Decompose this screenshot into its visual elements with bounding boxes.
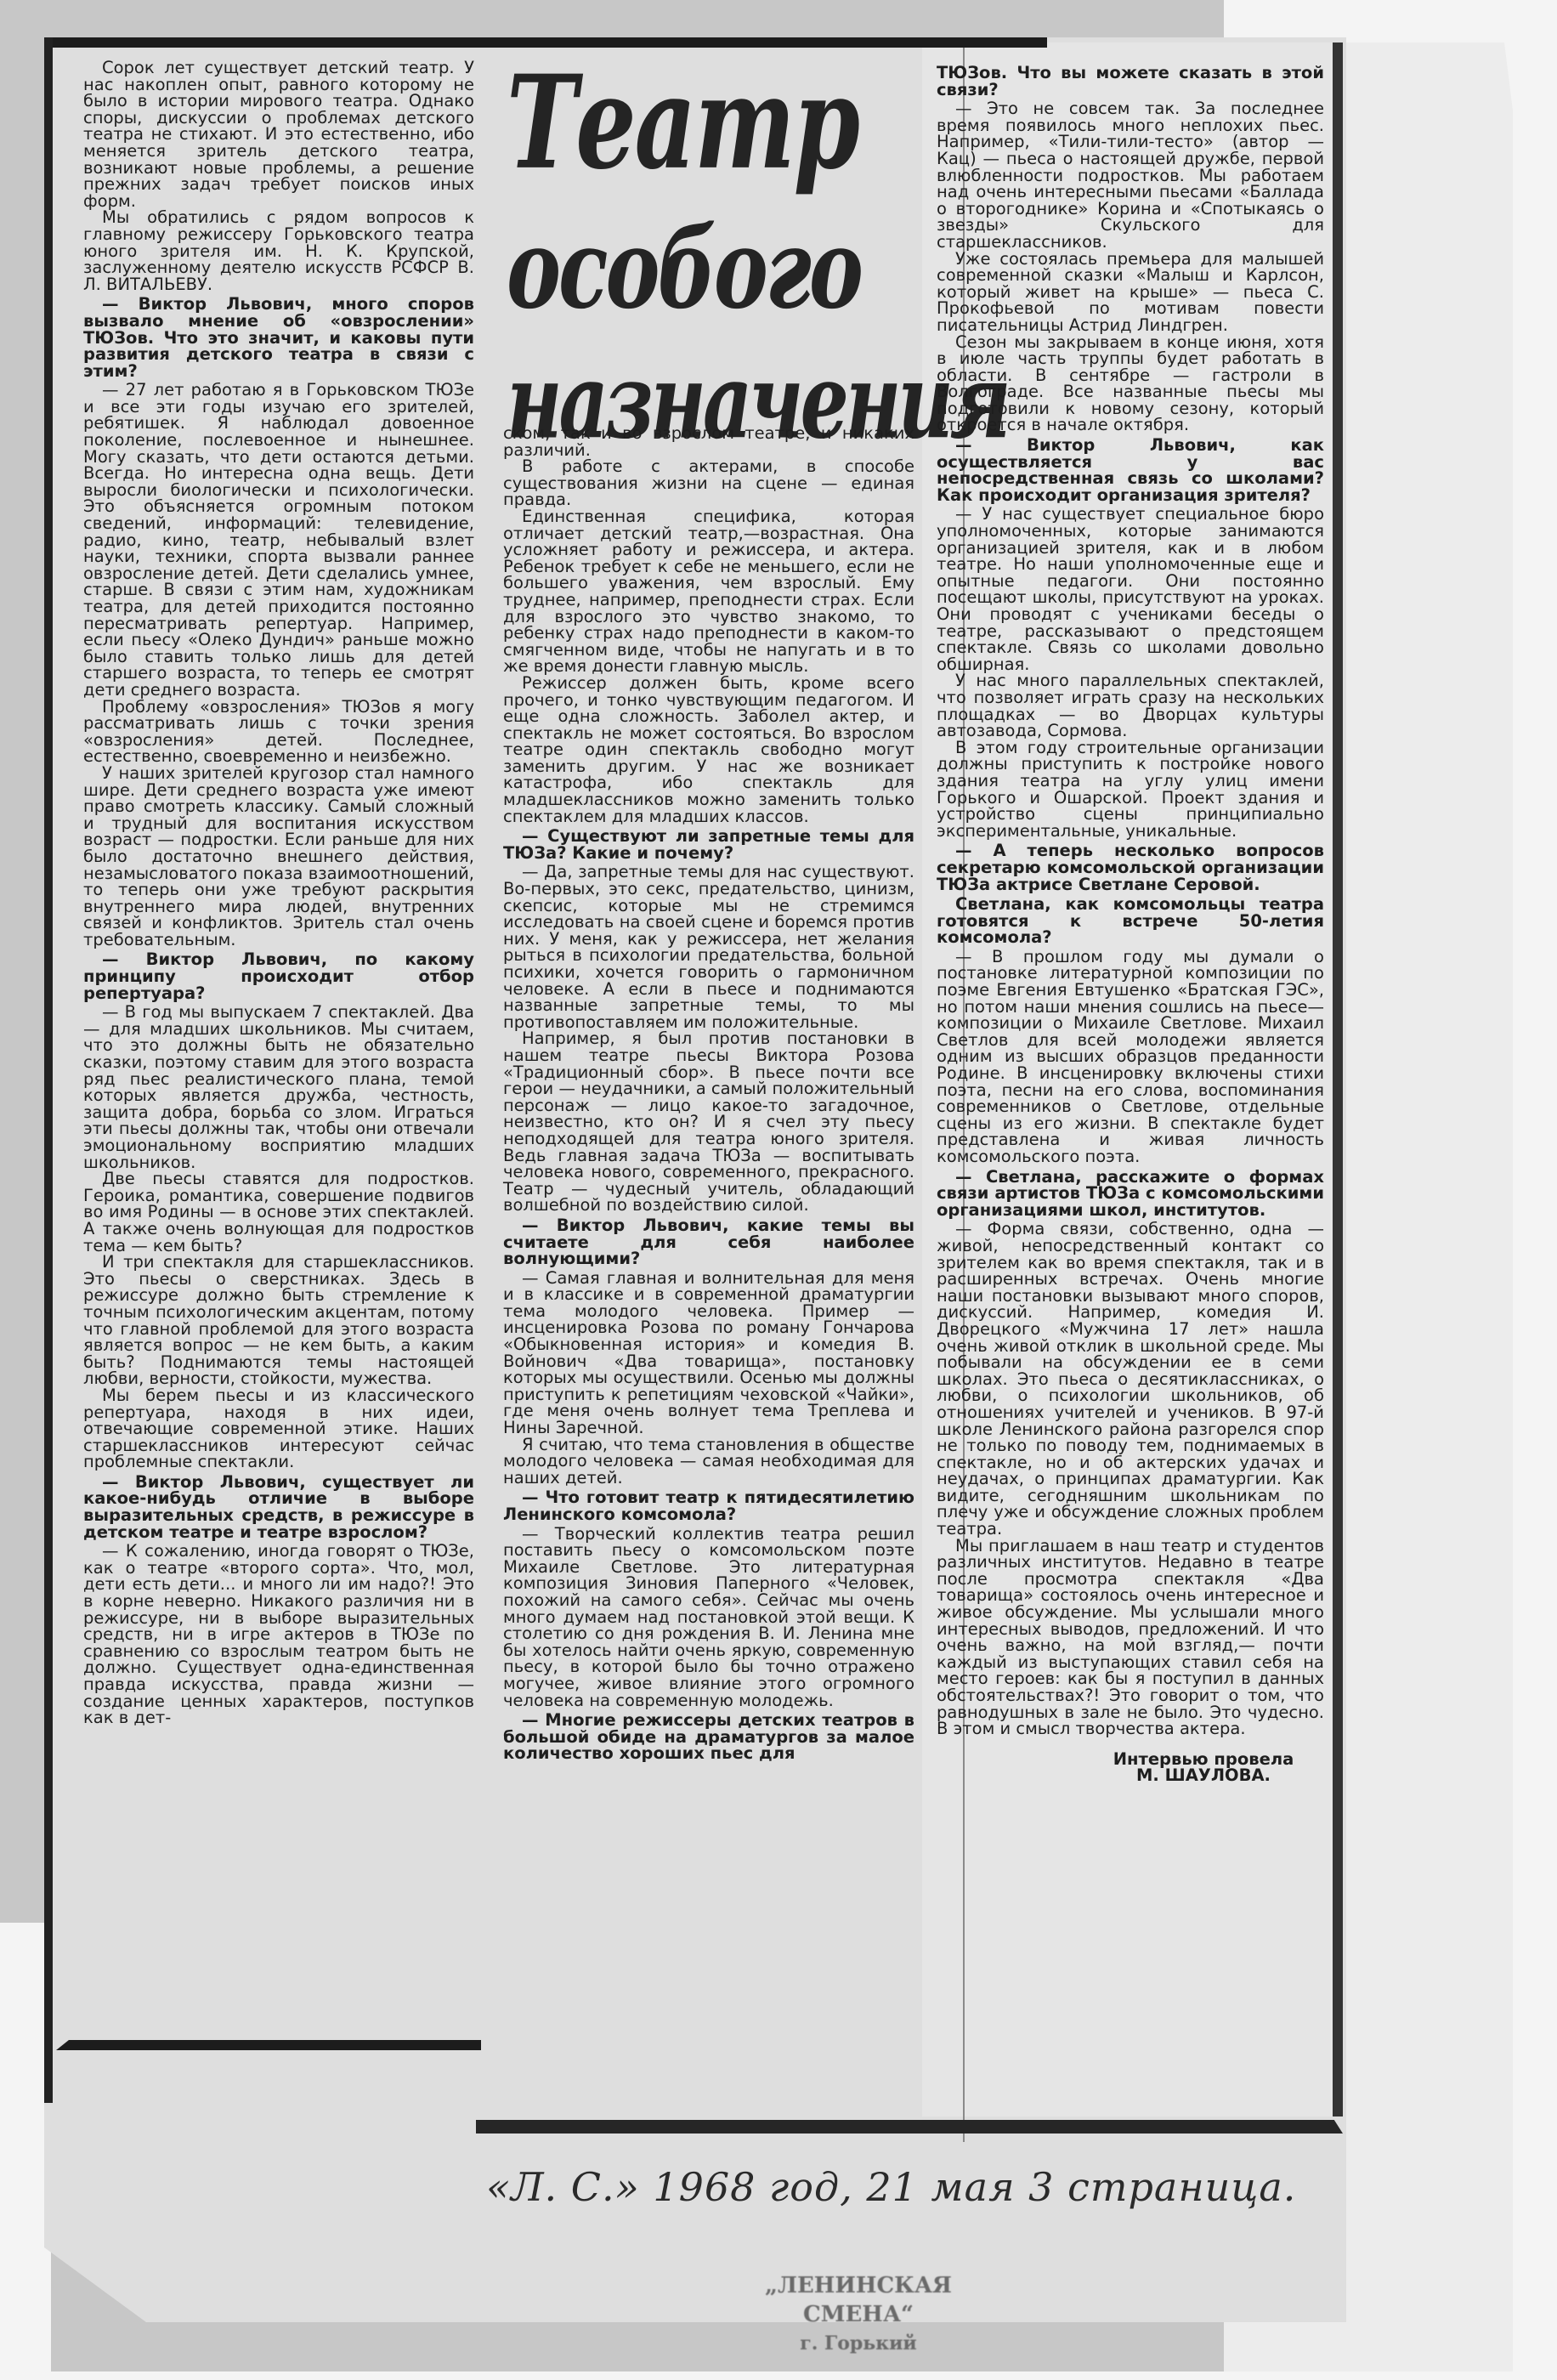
paragraph: ском, так и во взрослом театре, и никаки… bbox=[503, 425, 914, 458]
stamp-newspaper-name: „ЛЕНИНСКАЯ СМЕНА“ bbox=[748, 2271, 969, 2329]
interview-question: — Многие режиссеры детских театров в бол… bbox=[503, 1712, 914, 1762]
paragraph: — Форма связи, собственно, одна — живой,… bbox=[937, 1221, 1324, 1537]
paragraph: У наших зрителей кругозор стал намного ш… bbox=[83, 765, 474, 949]
paragraph: — Это не совсем так. За последнее время … bbox=[937, 100, 1324, 250]
paragraph: В работе с актерами, в способе существов… bbox=[503, 458, 914, 508]
clipping-border-top bbox=[53, 37, 1047, 48]
article-column-1: Сорок лет существует детский театр. У на… bbox=[83, 59, 474, 1726]
paragraph: И три спектакля для старшеклассников. Эт… bbox=[83, 1254, 474, 1387]
paragraph: — У нас существует специальное бюро упол… bbox=[937, 506, 1324, 672]
paragraph: — Творческий коллектив театра решил пост… bbox=[503, 1526, 914, 1709]
interview-question: — Виктор Львович, существует ли какое-ни… bbox=[83, 1474, 474, 1540]
interview-question: — Виктор Львович, много споров вызвало м… bbox=[83, 296, 474, 379]
paragraph: — В прошлом году мы думали о постановке … bbox=[937, 949, 1324, 1165]
scan-background-white bbox=[0, 1923, 51, 2380]
clipping-border-right bbox=[1333, 42, 1343, 2116]
article-column-3: ТЮЗов. Что вы можете сказать в этой связ… bbox=[937, 61, 1324, 1784]
paragraph: Например, я был против постановки в наше… bbox=[503, 1030, 914, 1214]
newspaper-stamp: „ЛЕНИНСКАЯ СМЕНА“ г. Горький bbox=[748, 2271, 969, 2358]
paragraph: Уже состоялась премьера для малышей совр… bbox=[937, 251, 1324, 334]
title-line-2: особого bbox=[507, 214, 897, 325]
interview-question: — Что готовит театр к пятидесятилетию Ле… bbox=[503, 1489, 914, 1522]
paragraph: Мы обратились с рядом вопросов к главном… bbox=[83, 209, 474, 292]
interview-question: — Виктор Львович, какие темы вы считаете… bbox=[503, 1217, 914, 1267]
clipping-border-left bbox=[44, 37, 53, 2103]
paragraph: Я считаю, что тема становления в обществ… bbox=[503, 1436, 914, 1487]
title-line-1: Театр bbox=[507, 59, 897, 188]
paragraph: — Самая главная и волнительная для меня … bbox=[503, 1270, 914, 1436]
paragraph: Проблему «овзросления» ТЮЗов я могу расс… bbox=[83, 699, 474, 765]
interview-question: ТЮЗов. Что вы можете сказать в этой связ… bbox=[937, 65, 1324, 98]
clipping-border-bottom-right bbox=[476, 2120, 1343, 2133]
paragraph: В этом году строительные организации дол… bbox=[937, 739, 1324, 840]
byline: Интервью провелаМ. ШАУЛОВА. bbox=[937, 1751, 1324, 1784]
paragraph: Две пьесы ставятся для подростков. Герои… bbox=[83, 1170, 474, 1254]
stamp-city: г. Горький bbox=[748, 2329, 969, 2358]
interview-question: — Виктор Львович, как осуществляется у в… bbox=[937, 437, 1324, 503]
byline-line: М. ШАУЛОВА. bbox=[1101, 1767, 1305, 1784]
paragraph: У нас много параллельных спектаклей, что… bbox=[937, 672, 1324, 739]
clipping-border-bottom-left bbox=[56, 2040, 481, 2050]
article-column-2: ском, так и во взрослом театре, и никаки… bbox=[503, 425, 914, 1765]
handwritten-caption: «Л. С.» 1968 год, 21 мая 3 страница. bbox=[486, 2164, 1362, 2210]
interview-question: Светлана, как комсомольцы театра готовят… bbox=[937, 896, 1324, 946]
article-title: Театр особого назначения bbox=[507, 59, 897, 427]
interview-question: — Существуют ли запретные темы для ТЮЗа?… bbox=[503, 828, 914, 861]
interview-question: — Светлана, расскажите о формах связи ар… bbox=[937, 1169, 1324, 1219]
interview-question: — А теперь несколько вопросов секретарю … bbox=[937, 842, 1324, 892]
paragraph: Мы берем пьесы и из классического реперт… bbox=[83, 1387, 474, 1470]
interview-question: — Виктор Львович, по какому принципу про… bbox=[83, 951, 474, 1001]
paragraph: — 27 лет работаю я в Горьковском ТЮЗе и … bbox=[83, 382, 474, 698]
paragraph: — К сожалению, иногда говорят о ТЮЗе, ка… bbox=[83, 1543, 474, 1726]
paragraph: — В год мы выпускаем 7 спектаклей. Два —… bbox=[83, 1004, 474, 1170]
paragraph: — Да, запретные темы для нас существуют.… bbox=[503, 864, 914, 1030]
paragraph: Сезон мы закрываем в конце июня, хотя в … bbox=[937, 334, 1324, 434]
paragraph: Режиссер должен быть, кроме всего прочег… bbox=[503, 675, 914, 824]
paragraph: Единственная специфика, которая отличает… bbox=[503, 508, 914, 675]
paragraph: Мы приглашаем в наш театр и студентов ра… bbox=[937, 1538, 1324, 1737]
paragraph: Сорок лет существует детский театр. У на… bbox=[83, 59, 474, 209]
